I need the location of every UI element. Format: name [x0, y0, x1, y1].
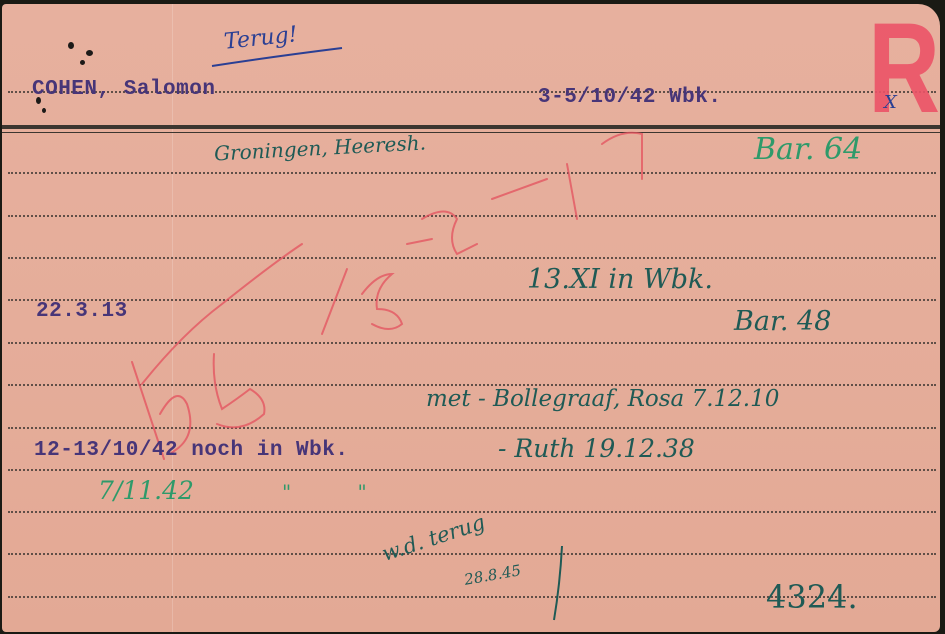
barrack-entry-1: Bar. 64: [754, 132, 862, 167]
registration-card: Terug! COHEN, Salomon 3-5/10/42 Wbk. R X…: [2, 4, 940, 632]
terug-underline: [210, 42, 350, 72]
ink-blot: [68, 42, 74, 49]
place-entry: Groningen, Heeresh.: [214, 130, 427, 165]
rule-line: [8, 553, 936, 555]
rule-line: [8, 215, 936, 217]
barrack-entry-2: Bar. 48: [734, 306, 831, 337]
birth-date: 22.3.13: [36, 300, 128, 323]
card-number: 4324.: [766, 578, 858, 616]
signature-stroke: [548, 544, 568, 624]
rule-line: [8, 257, 936, 259]
ink-blot: [80, 60, 85, 65]
rule-line: [8, 427, 936, 429]
transfer-note: 13.XI in Wbk.: [527, 264, 713, 295]
ink-blot: [86, 50, 93, 56]
header-dates-location: 3-5/10/42 Wbk.: [538, 86, 721, 109]
family-line-1: met - Bollegraaf, Rosa 7.12.10: [426, 386, 779, 412]
rule-line: [8, 299, 936, 301]
status-green-date: 7/11.42: [98, 476, 194, 505]
person-name: COHEN, Salomon: [32, 78, 215, 101]
rule-line: [8, 342, 936, 344]
signature-note: w.d. terug: [379, 510, 488, 566]
header-divider-thick: [2, 125, 940, 129]
signature-date: 28.8.45: [463, 561, 523, 589]
rule-line: [8, 172, 936, 174]
ink-blot: [42, 108, 46, 113]
rule-line: [8, 469, 936, 471]
ditto-marks: " ": [282, 480, 397, 504]
family-line-2: - Ruth 19.12.38: [498, 434, 695, 463]
status-typed: 12-13/10/42 noch in Wbk.: [34, 439, 348, 462]
stamp-mark: X: [884, 92, 897, 113]
